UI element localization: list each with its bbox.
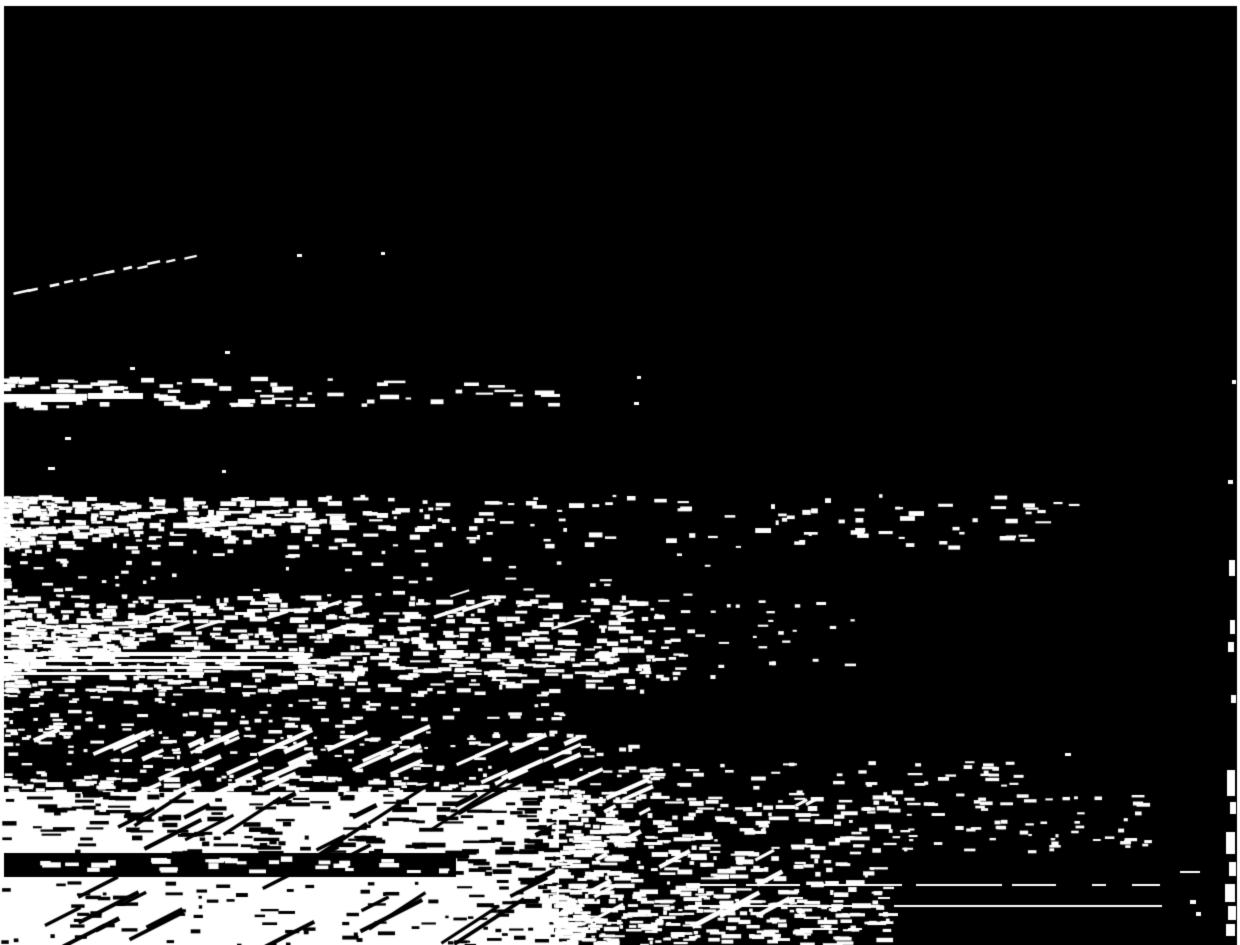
binarized-photo-figure [0,0,1240,945]
photo-canvas [0,0,1240,945]
page [0,0,1240,945]
